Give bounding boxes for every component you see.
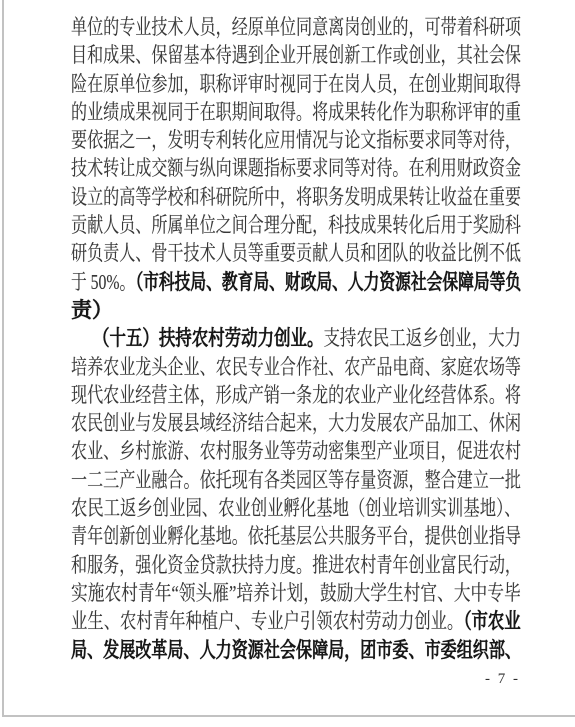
text-line-content: 局、发展改革局、人力资源社会保障局，团市委、市委组织部、: [71, 636, 521, 664]
text-line: 技术转让成交额与纵向课题指标要求同等对待。在利用财政资金: [71, 154, 521, 182]
text-run-bold: 责）: [71, 298, 113, 322]
text-line: 农民创业与发展县域经济结合起来，大力发展农产品加工、休闲: [71, 409, 521, 437]
text-run: 农民创业与发展县域经济结合起来，大力发展农产品加工、休闲: [71, 411, 521, 435]
text-line-content: 技术转让成交额与纵向课题指标要求同等对待。在利用财政资金: [71, 154, 521, 182]
text-run: 要依据之一，发明专利转化应用情况与论文指标要求同等对待，: [71, 128, 521, 152]
text-line: 险在原单位参加，职称评审时视同于在岗人员，在创业期间取得: [71, 70, 521, 98]
text-run: 农业、乡村旅游、农村服务业等劳动密集型产业项目，促进农村: [71, 439, 521, 463]
text-line-content: 农民创业与发展县域经济结合起来，大力发展农产品加工、休闲: [71, 409, 521, 437]
text-run: 单位的专业技术人员，经原单位同意离岗创业的，可带着科研项: [71, 15, 521, 39]
text-line: 单位的专业技术人员，经原单位同意离岗创业的，可带着科研项: [71, 13, 521, 41]
text-line-content: 贡献人员、所属单位之间合理分配，科技成果转化后用于奖励科: [71, 211, 521, 239]
text-line-content: 农民工返乡创业园、农业创业孵化基地（创业培训实训基地）、: [71, 494, 521, 522]
text-line-content: 农业、乡村旅游、农村服务业等劳动密集型产业项目，促进农村: [71, 437, 521, 465]
text-line: 要依据之一，发明专利转化应用情况与论文指标要求同等对待，: [71, 126, 521, 154]
text-line-content: 现代农业经营主体，形成产销一条龙的农业产业化经营体系。将: [71, 381, 521, 409]
text-run: 于 50%。: [71, 270, 135, 294]
text-line-content: 一二三产业融合。依托现有各类园区等存量资源，整合建立一批: [71, 466, 521, 494]
text-run: 险在原单位参加，职称评审时视同于在岗人员，在创业期间取得: [71, 72, 521, 96]
text-run: 贡献人员、所属单位之间合理分配，科技成果转化后用于奖励科: [71, 213, 521, 237]
text-run: 设立的高等学校和科研院所中，将职务发明成果转让收益在重要: [71, 185, 521, 209]
text-line-content: 单位的专业技术人员，经原单位同意离岗创业的，可带着科研项: [71, 13, 521, 41]
text-line: 的业绩成果视同于在职期间取得。将成果转化作为职称评审的重: [71, 98, 521, 126]
text-line-content: 培养农业龙头企业、农民专业合作社、农产品电商、家庭农场等: [71, 353, 521, 381]
text-run: 培养农业龙头企业、农民专业合作社、农产品电商、家庭农场等: [71, 355, 521, 379]
text-line: 实施农村青年“领头雁”培养计划，鼓励大学生村官、大中专毕: [71, 579, 521, 607]
text-run: 一二三产业融合。依托现有各类园区等存量资源，整合建立一批: [71, 468, 521, 492]
text-line: 现代农业经营主体，形成产销一条龙的农业产业化经营体系。将: [71, 381, 521, 409]
text-line-content: 和服务，强化资金贷款扶持力度。推进农村青年创业富民行动，: [71, 551, 521, 579]
text-line: 培养农业龙头企业、农民专业合作社、农产品电商、家庭农场等: [71, 353, 521, 381]
text-line: 业生、农村青年种植户、专业户引领农村劳动力创业。（市农业: [71, 607, 521, 635]
text-line-content: 研负责人、骨干技术人员等重要贡献人员和团队的收益比例不低: [71, 239, 521, 267]
text-line-content: 的业绩成果视同于在职期间取得。将成果转化作为职称评审的重: [71, 98, 521, 126]
text-run-bold: 局、发展改革局、人力资源社会保障局，团市委、市委组织部、: [71, 638, 521, 662]
text-line: （十五）扶持农村劳动力创业。支持农民工返乡创业，大力: [71, 324, 521, 352]
text-run: 实施农村青年“领头雁”培养计划，鼓励大学生村官、大中专毕: [71, 581, 521, 605]
text-line: 和服务，强化资金贷款扶持力度。推进农村青年创业富民行动，: [71, 551, 521, 579]
text-line-content: 青年创新创业孵化基地。依托基层公共服务平台，提供创业指导: [71, 522, 521, 550]
text-line-content: 设立的高等学校和科研院所中，将职务发明成果转让收益在重要: [71, 183, 521, 211]
text-line: 局、发展改革局、人力资源社会保障局，团市委、市委组织部、: [71, 636, 521, 664]
text-line-content: 目和成果、保留基本待遇到企业开展创新工作或创业，其社会保: [71, 41, 521, 69]
text-line: 一二三产业融合。依托现有各类园区等存量资源，整合建立一批: [71, 466, 521, 494]
text-run: 青年创新创业孵化基地。依托基层公共服务平台，提供创业指导: [71, 524, 521, 548]
text-line-content: 险在原单位参加，职称评审时视同于在岗人员，在创业期间取得: [71, 70, 521, 98]
text-line-content: 业生、农村青年种植户、专业户引领农村劳动力创业。（市农业: [71, 607, 521, 635]
text-line: 设立的高等学校和科研院所中，将职务发明成果转让收益在重要: [71, 183, 521, 211]
text-run: 技术转让成交额与纵向课题指标要求同等对待。在利用财政资金: [71, 156, 521, 180]
text-line: 研负责人、骨干技术人员等重要贡献人员和团队的收益比例不低: [71, 239, 521, 267]
text-run: 业生、农村青年种植户、专业户引领农村劳动力创业。: [71, 609, 463, 633]
document-page: { "page": { "background": "#ffffff", "ed…: [0, 0, 575, 727]
text-line: 农民工返乡创业园、农业创业孵化基地（创业培训实训基地）、: [71, 494, 521, 522]
text-run: 和服务，强化资金贷款扶持力度。推进农村青年创业富民行动，: [71, 553, 521, 577]
text-run: 研负责人、骨干技术人员等重要贡献人员和团队的收益比例不低: [71, 241, 521, 265]
text-run: 的业绩成果视同于在职期间取得。将成果转化作为职称评审的重: [71, 100, 521, 124]
text-line: 农业、乡村旅游、农村服务业等劳动密集型产业项目，促进农村: [71, 437, 521, 465]
page-left-edge: [2, 0, 4, 717]
text-run-bold: （十五）扶持农村劳动力创业。: [93, 326, 323, 350]
text-line-content: 责）: [71, 296, 113, 324]
text-run: 目和成果、保留基本待遇到企业开展创新工作或创业，其社会保: [71, 43, 521, 67]
text-run: 农民工返乡创业园、农业创业孵化基地（创业培训实训基地）、: [71, 496, 521, 520]
text-run: 支持农民工返乡创业，大力: [323, 326, 521, 350]
text-line-content: （十五）扶持农村劳动力创业。支持农民工返乡创业，大力: [93, 324, 521, 352]
text-line: 贡献人员、所属单位之间合理分配，科技成果转化后用于奖励科: [71, 211, 521, 239]
page-number: - 7 -: [485, 671, 520, 688]
text-line: 青年创新创业孵化基地。依托基层公共服务平台，提供创业指导: [71, 522, 521, 550]
text-line: 目和成果、保留基本待遇到企业开展创新工作或创业，其社会保: [71, 41, 521, 69]
text-line: 责）: [71, 296, 521, 324]
text-run-bold: （市农业: [463, 609, 520, 633]
text-run-bold: （市科技局、教育局、财政局、人力资源社会保障局等负: [135, 270, 521, 294]
text-line-content: 于 50%。（市科技局、教育局、财政局、人力资源社会保障局等负: [71, 268, 521, 296]
text-run: 现代农业经营主体，形成产销一条龙的农业产业化经营体系。将: [71, 383, 521, 407]
text-line-content: 要依据之一，发明专利转化应用情况与论文指标要求同等对待，: [71, 126, 521, 154]
document-body: 单位的专业技术人员，经原单位同意离岗创业的，可带着科研项目和成果、保留基本待遇到…: [71, 13, 521, 664]
page-bottom-edge: [2, 715, 575, 717]
text-line-content: 实施农村青年“领头雁”培养计划，鼓励大学生村官、大中专毕: [71, 579, 521, 607]
text-line: 于 50%。（市科技局、教育局、财政局、人力资源社会保障局等负: [71, 268, 521, 296]
